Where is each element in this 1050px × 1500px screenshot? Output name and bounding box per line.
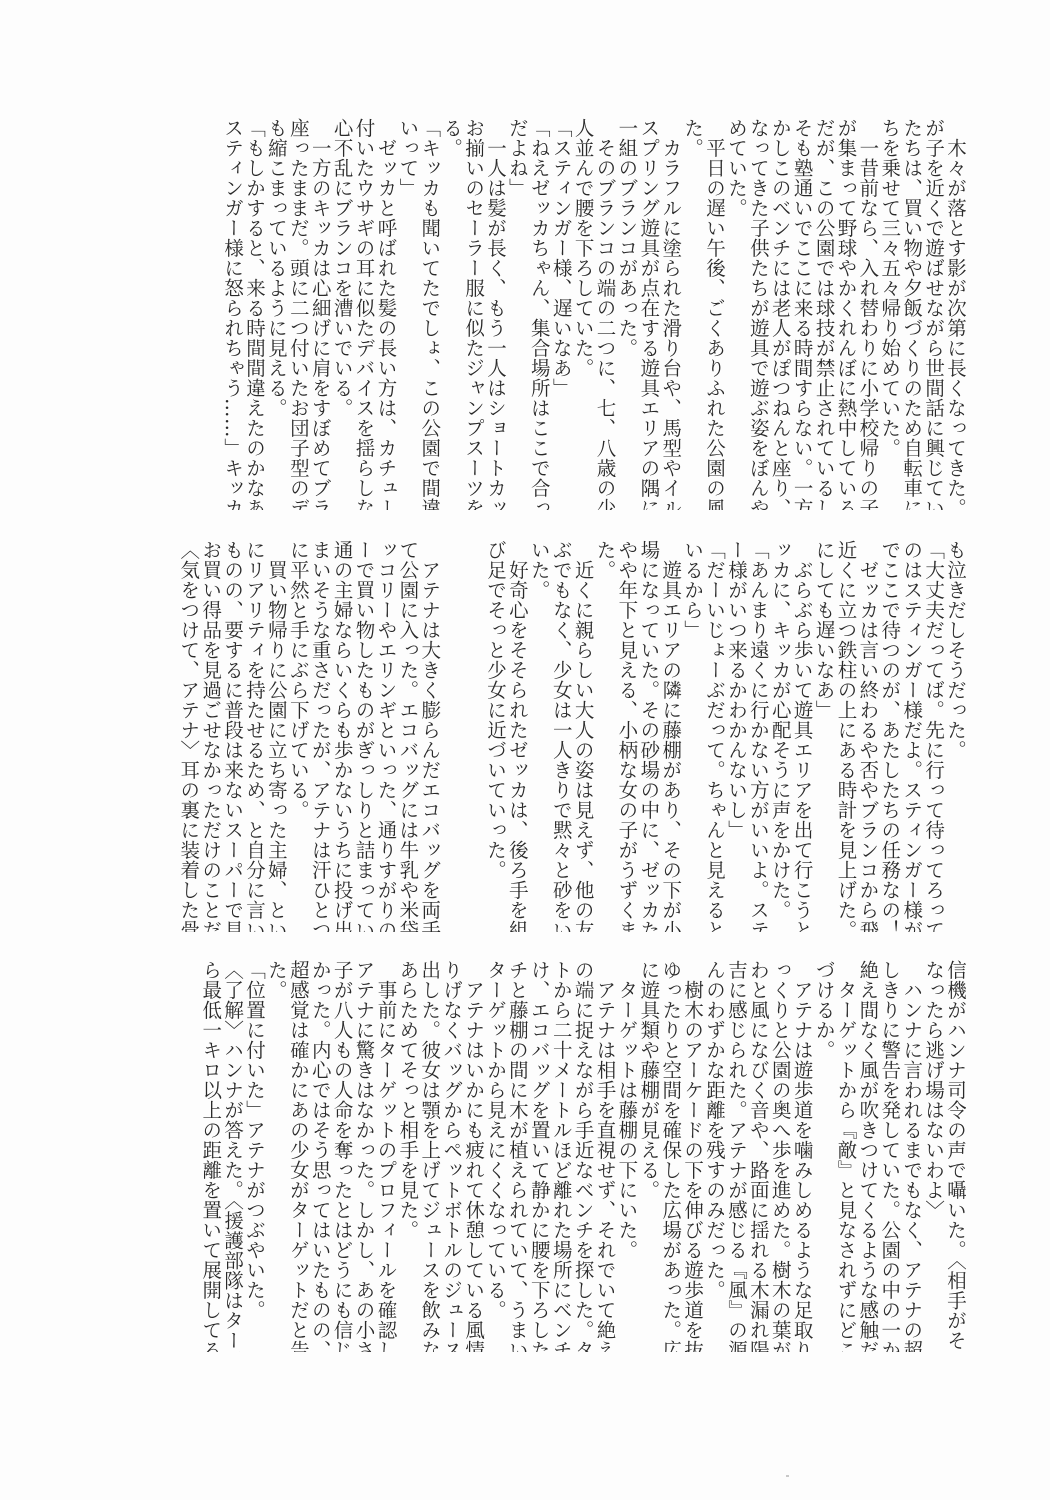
text-line: アテナに驚きはなかった。しかし、あの小さな女の [353, 960, 375, 1352]
text-line: 一方のキッカは心細げに肩をすぼめてブランコに [309, 118, 331, 510]
text-line: た。 [265, 960, 287, 1352]
text-line: 人並んで腰を下ろしていた。 [572, 118, 594, 510]
text-line: ら最低一キロ以上の距離を置いて展開してる。狙撃 [199, 960, 221, 1352]
text-line: が集まって野球やかくれんぼに熱中している時間帯 [835, 118, 857, 510]
text-line: 通の主婦ならいくらも歩かないうちに投げ出してし [331, 540, 353, 932]
text-block-upper: 木々が落とす影が次第に長くなってきた。幼い我が子を近くで遊ばせながら世間話に興じ… [106, 118, 966, 510]
text-line: ものの、要するに普段は来ないスーパーで見つけた [221, 540, 243, 932]
text-line: しきりに警告を発していた。公園の中の一か所から [878, 960, 900, 1352]
text-line: 事前にターゲットのプロフィールを確認していた [375, 960, 397, 1352]
text-line: 吉に感じられた。アテナが感じる『風』の源までほ [725, 960, 747, 1352]
text-line: た。 [681, 118, 703, 510]
text-line: ッカに、キッカが心配そうに声をかけた。 [769, 540, 791, 932]
text-line: 樹木のアーケードの下を伸びる遊歩道を抜けると、 [681, 960, 703, 1352]
text-line: 〈了解〉ハンナが答えた。〈援護部隊はターゲットか [221, 960, 243, 1352]
text-line: 絶え間なく風が吹きつけてくるような感触だった。 [856, 960, 878, 1352]
text-line: ゆったりと空間を確保した広場があった。広場の隅 [659, 960, 681, 1352]
text-line: あらためてそっと相手を見た。 [396, 960, 418, 1352]
text-line: 一昔前なら、入れ替わりに小学校帰りの子供たち [856, 118, 878, 510]
text-line: 平日の遅い午後、ごくありふれた公園の風景だっ [703, 118, 725, 510]
text-line: いた。 [528, 540, 550, 932]
text-line: ーで買い物したものがぎっしりと詰まっていた。普 [353, 540, 375, 932]
text-line: も縮こまっているように見える。 [265, 118, 287, 510]
text-line: づけるか。 [813, 960, 835, 1352]
text-line: でここで待つのが、あたしたちの任務なの！」 [878, 540, 900, 932]
text-line: んのわずかな距離を残すのみだった。 [703, 960, 725, 1352]
text-line: チと藤棚の間に木が植えられていて、うまい具合に [506, 960, 528, 1352]
text-line: にしても遅いなあ」 [813, 540, 835, 932]
text-line: かった。内心ではそう思ってはいたものの、彼女の [309, 960, 331, 1352]
text-line: いるから」 [681, 540, 703, 932]
text-line: アテナは大きく膨らんだエコバッグを両手に下げ [418, 540, 440, 932]
text-line: び足でそっと少女に近づいていった。 [484, 540, 506, 932]
text-line: 買い物帰りに公園に立ち寄った主婦、という設定 [265, 540, 287, 932]
text-line: 子が八人もの人命を奪ったとはどうにも信じられな [331, 960, 353, 1352]
text-line: の端に捉えながら手近なベンチを探した。ターゲッ [572, 960, 594, 1352]
text-line: 「もしかすると、来る時間間違えたのかなあ。また [243, 118, 265, 510]
text-line: け、エコバッグを置いて静かに腰を下ろした。ベン [528, 960, 550, 1352]
text-line: 信機がハンナ司令の声で囁いた。〈相手がその気に [944, 960, 966, 1352]
text-line: っくりと公園の奥へ歩を進めた。樹木の葉がさわさ [769, 960, 791, 1352]
text-line: も泣きだしそうだった。 [944, 540, 966, 932]
text-line: 付いたウサギの耳に似たデバイスを揺らしながら一 [353, 118, 375, 510]
text-line: ターゲットから『敵』と見なされずにどこまで近 [835, 960, 857, 1352]
text-line: にリアリティを持たせるため、と自分に言い訳した [243, 540, 265, 932]
text-line: 一組のブランコがあった。 [616, 118, 638, 510]
text-line: 「キッカも聞いてたでしょ、この公園で間違いな [418, 118, 440, 510]
text-line: わと風になびく音や、路面に揺れる木漏れ陽すら不 [747, 960, 769, 1352]
text-line: ターゲットは藤棚の下にいた。 [616, 960, 638, 1352]
text-line: なったら逃げ場はないわよ〉 [922, 960, 944, 1352]
text-line: アテナは相手を直視せず、それでいて絶えず視界 [594, 960, 616, 1352]
text-line: アテナは遊歩道を噛みしめるような足取りで、ゆ [791, 960, 813, 1352]
text-line: ゼッカと呼ばれた髪の長い方は、カチューシャに [375, 118, 397, 510]
text-line: 遊具エリアの隣に藤棚があり、その下が小さな砂 [659, 540, 681, 932]
text-line: スプリング遊具が点在する遊具エリアの隅に、六つ [637, 118, 659, 510]
text-line: ハンナに言われるまでもなく、アテナの超感覚は [900, 960, 922, 1352]
text-line: めていた。 [725, 118, 747, 510]
text-line: のはスティンガー様だよ。スティンガー様が来るま [900, 540, 922, 932]
text-line: ゼッカは言い終わるや否やブランコから飛び降り、 [856, 540, 878, 932]
text-line: スティンガー様に怒られちゃう……」キッカは今に [221, 118, 243, 510]
text-line: る。 [440, 118, 462, 510]
text-block-middle: も泣きだしそうだった。「大丈夫だってば。先に行って待ってろって言ったのはスティン… [106, 540, 966, 932]
text-line: そも塾通いでここに来る時間すらない。一方、そこ [791, 118, 813, 510]
text-line: まいそうな重さだったが、アテナは汗ひとつかかず [309, 540, 331, 932]
text-line: お揃いのセーラー服に似たジャンプスーツを着てい [462, 118, 484, 510]
text-line: トから二十メートルほど離れた場所にベンチを見つ [550, 960, 572, 1352]
text-line: かしこのベンチには老人がぽつねんと座り、少なく [769, 118, 791, 510]
text-line: だよね」 [506, 118, 528, 510]
text-line: カラフルに塗られた滑り台や、馬型やイルカ型の [659, 118, 681, 510]
text-line: ぶでもなく、少女は一人きりで黙々と砂をいじって [550, 540, 572, 932]
text-line: なってきた子供たちが遊具で遊ぶ姿をぼんやりと眺 [747, 118, 769, 510]
text-line: 座ったままだ。頭に二つ付いたお団子型のデバイス [287, 118, 309, 510]
text-line: そのブランコの端の二つに、七、八歳の少女が二 [594, 118, 616, 510]
text-line: 「大丈夫だってば。先に行って待ってろって言った [922, 540, 944, 932]
text-line: て公園に入った。エコバッグには牛乳や米袋、ブロ [396, 540, 418, 932]
text-line: た。 [594, 540, 616, 932]
text-line: やや年下と見える、小柄な女の子がうずくまってい [616, 540, 638, 932]
text-line: 近くに立つ鉄柱の上にある時計を見上げた。「それ [835, 540, 857, 932]
text-line: 場になっていた。その砂場の中に、ゼッカたちより [637, 540, 659, 932]
text-line: に遊具類や藤棚が見える。 [637, 960, 659, 1352]
text-line: 「だーいじょーぶだって。ちゃんと見えるところに [703, 540, 725, 932]
text-line: 「スティンガー様、遅いなあ」 [550, 118, 572, 510]
text-line: 近くに親らしい大人の姿は見えず、他の友達と遊 [572, 540, 594, 932]
text-line: 木々が落とす影が次第に長くなってきた。幼い我 [944, 118, 966, 510]
text-line: 「ねえゼッカちゃん、集合場所はここで合ってるん [528, 118, 550, 510]
text-line: たちは、買い物や夕飯づくりのため自転車に子供た [900, 118, 922, 510]
text-line: 「位置に付いた」アテナがつぶやいた。 [243, 960, 265, 1352]
text-line: ッコリーやエリンギといった、通りすがりのスーパ [375, 540, 397, 932]
text-line: いって」 [396, 118, 418, 510]
text-line: 超感覚は確かにあの少女がターゲットだと告げてい [287, 960, 309, 1352]
text-line: だが、この公園では球技が禁止されているし、そも [813, 118, 835, 510]
text-line: 出した。彼女は顎を上げてジュースを飲みながら、 [418, 960, 440, 1352]
text-block-lower: 信機がハンナ司令の声で囁いた。〈相手がその気になったら逃げ場はないわよ〉 ハンナ… [106, 960, 966, 1352]
text-line: に平然と手にぶら下げている。 [287, 540, 309, 932]
text-line [462, 540, 484, 932]
text-line: お買い得品を見過ごせなかっただけのことだった。 [199, 540, 221, 932]
text-line: が子を近くで遊ばせながら世間話に興じていた母親 [922, 118, 944, 510]
text-line: りげなくバッグからペットボトルのジュースを取り [440, 960, 462, 1352]
text-line: ぶらぶら歩いて遊具エリアを出て行こうとするゼ [791, 540, 813, 932]
text-line [440, 540, 462, 932]
text-line: 心不乱にブランコを漕いでいる。 [331, 118, 353, 510]
scan-speck [786, 1475, 789, 1477]
text-line: ターゲットから見えにくくなっている。 [484, 960, 506, 1352]
text-line: 〈気をつけて、アテナ〉耳の裏に装着した骨伝導通 [177, 540, 199, 932]
text-line: ちを乗せて三々五々帰り始めていた。 [878, 118, 900, 510]
text-line: 一人は髪が長く、もう一人はショートカットで、 [484, 118, 506, 510]
text-line: アテナはいかにも疲れて休憩している風情で、さ [462, 960, 484, 1352]
text-line: 「あんまり遠くに行かない方がいいよ。スティンガ [747, 540, 769, 932]
text-line: 好奇心をそそられたゼッカは、後ろ手を組んで忍 [506, 540, 528, 932]
text-line: ー様がいつ来るかわかんないし」 [725, 540, 747, 932]
